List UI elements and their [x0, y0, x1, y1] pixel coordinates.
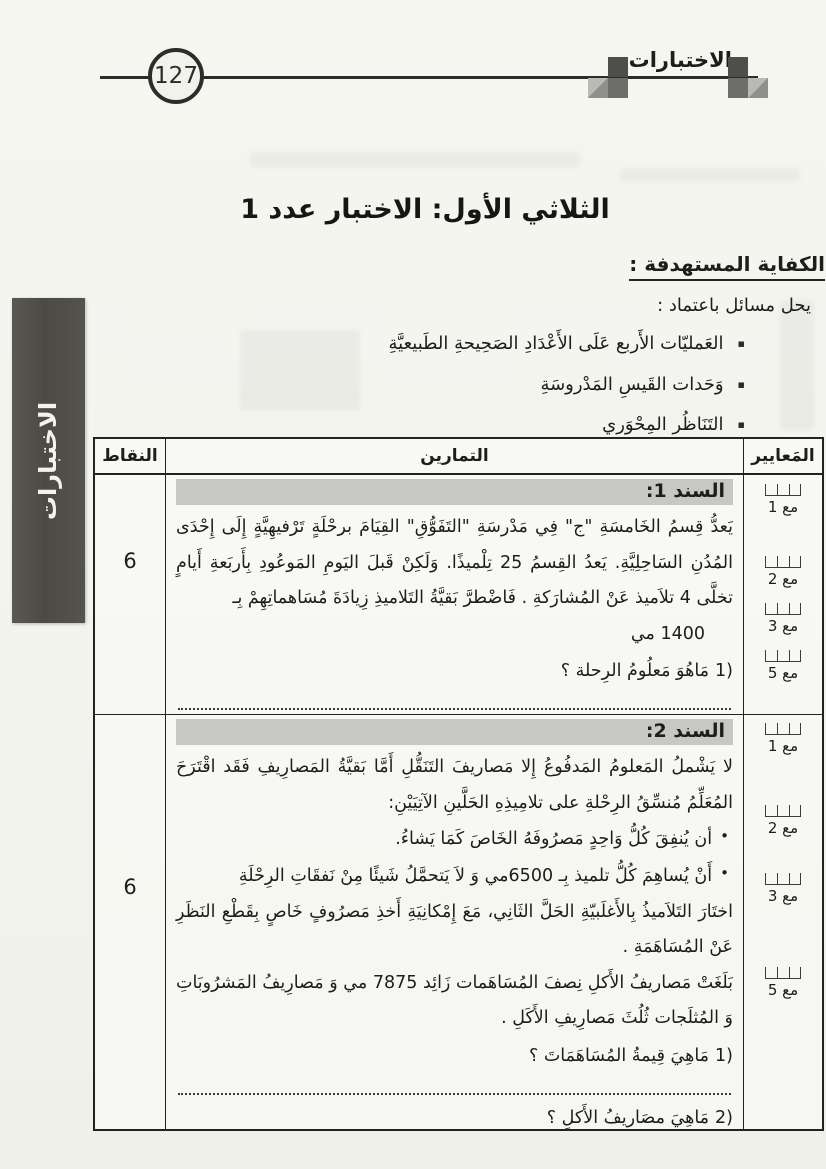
- question-text: مَاهِيَ مصَاريفُ الأَكلِ ؟: [547, 1101, 709, 1129]
- score-boxes-icon: [765, 964, 801, 979]
- bullet-icon: •: [720, 858, 729, 895]
- competency-section: الكفاية المستهدفة : يحل مسائل باعتماد : …: [370, 252, 825, 446]
- column-header-points: النقاط: [95, 439, 165, 475]
- side-tab-label: الاختبارات: [35, 401, 63, 519]
- exercise-cell-support2: السند 2: لا يَشْملُ المَعلومُ المَدفُوعُ…: [165, 715, 743, 1129]
- criteria-label: مع 1: [768, 737, 798, 755]
- points-cell-support2: 6: [95, 715, 165, 1129]
- support-heading-bar: السند 2:: [176, 719, 733, 745]
- exercise-paragraph: اختَارَ التَلاَميذُ بِالأَغلَبيّةِ الحَل…: [176, 895, 733, 966]
- competency-intro: يحل مسائل باعتماد :: [372, 295, 811, 316]
- criteria-label: مع 1: [768, 498, 798, 516]
- competency-item-text: العَمليّات الأَربع عَلَى الأَعْدَادِ الص…: [389, 333, 724, 354]
- answer-dots: [178, 1081, 731, 1095]
- criteria-label: مع 3: [768, 617, 798, 635]
- list-item: • أَنْ يُساهِمَ كُلُّ تلميذ بِـ 6500مي و…: [176, 858, 729, 895]
- question-number: 1): [715, 654, 733, 688]
- exercise-paragraph: بَلَغَتْ مَصاريفُ الأَكلِ نِصفَ المُسَاه…: [176, 966, 733, 1037]
- support-heading-bar: السند 1:: [176, 479, 733, 505]
- score-boxes-icon: [765, 481, 801, 496]
- answer-dots: [178, 696, 731, 710]
- competency-heading: الكفاية المستهدفة :: [629, 252, 825, 281]
- competency-list: ▪العَمليّات الأَربع عَلَى الأَعْدَادِ ال…: [372, 324, 825, 446]
- question: 1) مَاهُوَ مَعلُومُ الرِحلة ؟: [176, 654, 733, 688]
- column-header-criteria: المَعايير: [743, 439, 822, 475]
- exercise-paragraph: يَعدُّ قِسمُ الخَامسَةِ "ج" فِي مَدْرسَة…: [176, 510, 733, 617]
- checker-decoration-icon: [728, 57, 768, 98]
- scan-showthrough: [240, 330, 360, 410]
- criteria-entry: مع 5: [765, 647, 801, 691]
- criteria-label: مع 2: [768, 570, 798, 588]
- scan-showthrough: [250, 152, 580, 168]
- column-header-exercises: التمارين: [165, 439, 743, 475]
- list-item: ▪العَمليّات الأَربع عَلَى الأَعْدَادِ ال…: [372, 324, 745, 365]
- square-bullet-icon: ▪: [738, 378, 745, 391]
- criteria-label: مع 2: [768, 819, 798, 837]
- list-item: ▪وَحَدات القَيسِ المَدْروسَةِ: [372, 365, 745, 406]
- score-boxes-icon: [765, 553, 801, 568]
- competency-item-text: وَحَدات القَيسِ المَدْروسَةِ: [540, 374, 723, 395]
- bullet-icon: •: [720, 821, 729, 858]
- criteria-entry: مع 1: [765, 481, 801, 525]
- support-title: السند 1:: [646, 480, 725, 502]
- checker-decoration-icon: [588, 57, 628, 98]
- score-boxes-icon: [765, 720, 801, 735]
- criteria-entry: مع 3: [765, 600, 801, 644]
- criteria-label: مع 5: [768, 981, 798, 999]
- question: 1) مَاهِيَ قِيمةُ المُسَاهَمَاتَ ؟: [176, 1039, 733, 1073]
- points-value: 6: [123, 875, 136, 899]
- amount-line: 1400 مي: [176, 617, 733, 652]
- page-title: الثلاثي الأول: الاختبار عدد 1: [0, 194, 826, 225]
- page-number-badge: 127: [148, 48, 204, 104]
- question-number: 2): [715, 1101, 733, 1129]
- exercise-cell-support1: السند 1: يَعدُّ قِسمُ الخَامسَةِ "ج" فِي…: [165, 475, 743, 715]
- header-section-title: الاختبارات: [630, 48, 732, 72]
- chapter-side-tab: الاختبارات: [12, 298, 85, 623]
- criteria-entry: مع 5: [765, 964, 801, 1008]
- question-text: مَاهِيَ قِيمةُ المُسَاهَمَاتَ ؟: [529, 1039, 709, 1073]
- competency-item-text: التَنَاظُر المِحْوَري: [602, 414, 723, 435]
- criteria-label: مع 3: [768, 887, 798, 905]
- scan-showthrough: [620, 168, 800, 182]
- points-cell-support1: 6: [95, 475, 165, 715]
- score-boxes-icon: [765, 802, 801, 817]
- exam-table: المَعايير التمارين النقاط مع 1 مع 2 مع 3…: [93, 437, 824, 1131]
- list-item: • أن يُنفِقَ كُلُّ وَاحِدٍ مَصرُوفَهُ ال…: [176, 821, 729, 858]
- square-bullet-icon: ▪: [738, 337, 745, 350]
- points-value: 6: [123, 549, 136, 573]
- score-boxes-icon: [765, 647, 801, 662]
- question-text: مَاهُوَ مَعلُومُ الرِحلة ؟: [561, 654, 709, 688]
- page-number: 127: [154, 63, 198, 89]
- criteria-entry: مع 1: [765, 720, 801, 764]
- criteria-cell-support1: مع 1 مع 2 مع 3 مع 5: [743, 475, 822, 715]
- criteria-entry: مع 3: [765, 870, 801, 914]
- support-title: السند 2:: [646, 720, 725, 742]
- option-text: أَنْ يُساهِمَ كُلُّ تلميذ بِـ 6500مي وَ …: [239, 858, 712, 895]
- question-number: 1): [715, 1039, 733, 1073]
- criteria-cell-support2: مع 1 مع 2 مع 3 مع 5: [743, 715, 822, 1129]
- score-boxes-icon: [765, 600, 801, 615]
- criteria-label: مع 5: [768, 664, 798, 682]
- question: 2) مَاهِيَ مصَاريفُ الأَكلِ ؟: [176, 1101, 733, 1129]
- exercise-paragraph: لا يَشْملُ المَعلومُ المَدفُوعُ إِلا مَص…: [176, 750, 733, 821]
- criteria-entry: مع 2: [765, 553, 801, 597]
- score-boxes-icon: [765, 870, 801, 885]
- solution-options: • أن يُنفِقَ كُلُّ وَاحِدٍ مَصرُوفَهُ ال…: [176, 821, 733, 895]
- option-text: أن يُنفِقَ كُلُّ وَاحِدٍ مَصرُوفَهُ الخَ…: [395, 821, 712, 858]
- square-bullet-icon: ▪: [738, 418, 745, 431]
- criteria-entry: مع 2: [765, 802, 801, 846]
